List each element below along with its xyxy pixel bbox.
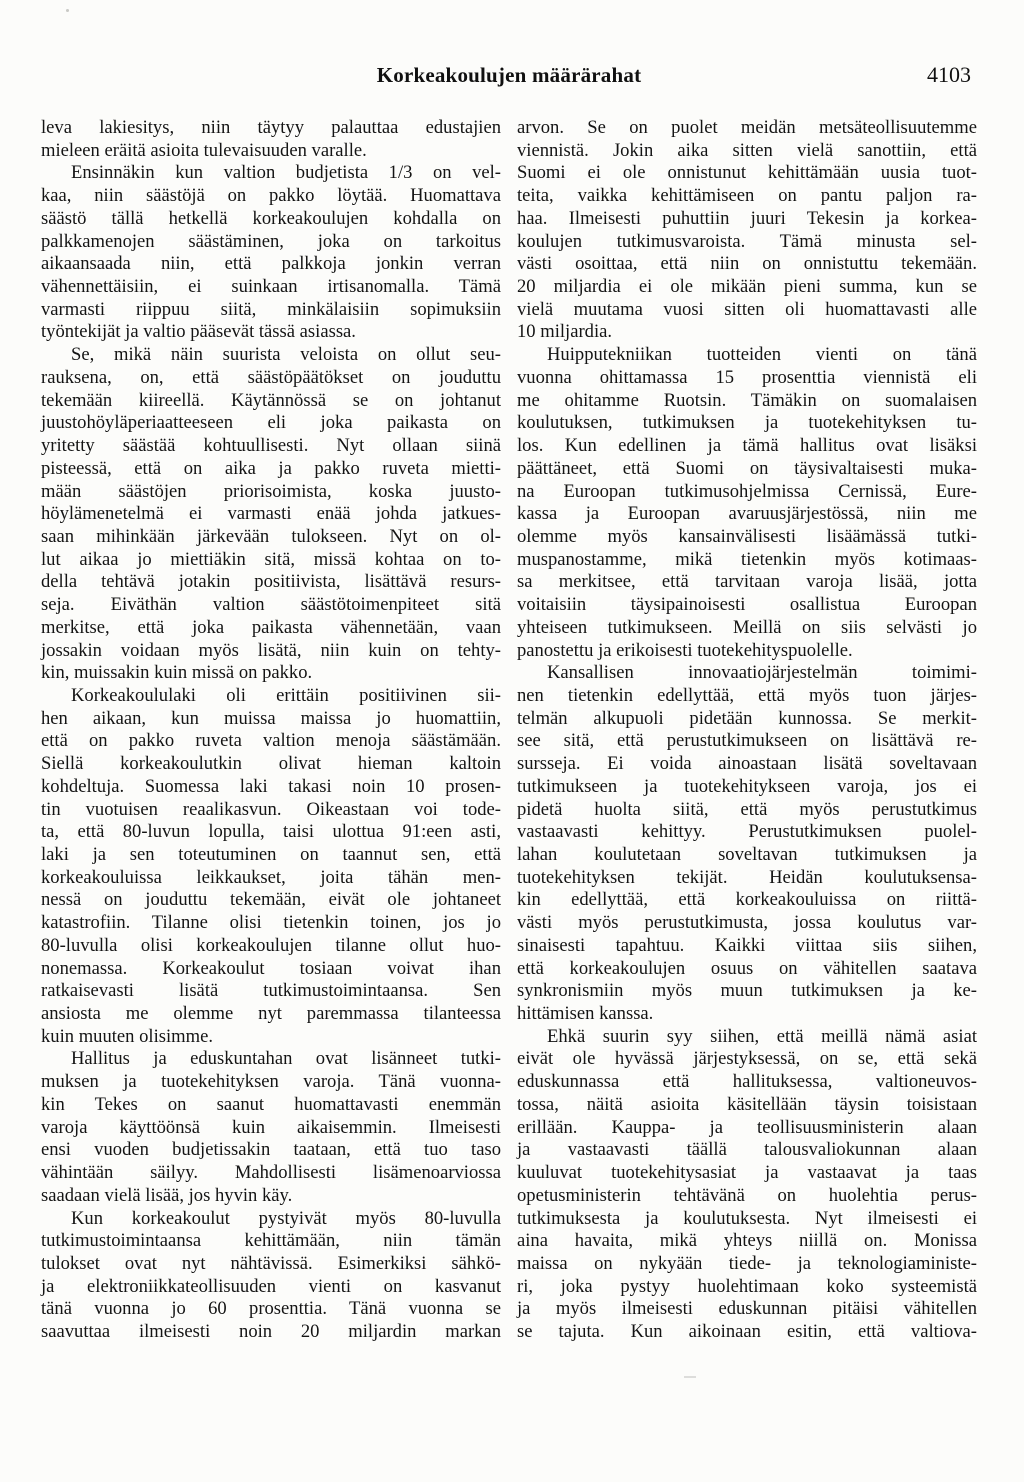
text-line: Huipputekniikan tuotteiden vienti on tän… [517,344,977,367]
text-line: palkkamenojen säästäminen, joka on tarko… [41,231,501,254]
text-line: me ohitamme Ruotsin. Tämäkin on suomalai… [517,390,977,413]
page-header: Korkeakoulujen määrärahat 4103 [41,63,977,91]
text-line: Hallitus ja eduskuntahan ovat lisänneet … [41,1048,501,1071]
text-line: kin Tekes on saanut huomattavasti enemmä… [41,1094,501,1117]
text-line: vähennettäisiin, ei suinkaan irtisanomal… [41,276,501,299]
text-line: että korkeakoulujen osuus on vähitellen … [517,958,977,981]
text-line: Kun korkeakoulut pystyivät myös 80-luvul… [41,1208,501,1231]
text-line: koulutuksen, tutkimuksen ja tuotekehityk… [517,412,977,435]
text-line: 10 miljardia. [517,321,977,344]
text-line: muksen ja tuotekehityksen varoja. Tänä v… [41,1071,501,1094]
text-line: sinaisesti tapahtuu. Kaikki viittaa siis… [517,935,977,958]
text-line: hen aikaan, kun muissa maissa jo huomatt… [41,708,501,731]
text-line: telmän alkupuoli pidetään kunnossa. Se m… [517,708,977,731]
text-line: kin edellyttää, että korkeakouluissa on … [517,889,977,912]
text-line: yritetty säästää kohtuullisesti. Nyt oll… [41,435,501,458]
text-line: säästö tällä hetkellä korkeakoulujen koh… [41,208,501,231]
text-line: tuotekehityksen tekijät. Heidän koulutuk… [517,867,977,890]
text-line: maissa on nykyään tiede- ja teknologiami… [517,1253,977,1276]
text-line: nessä on jouduttu tekemään, eivät ole jo… [41,889,501,912]
text-line: Siellä korkeakoulutkin olivat hieman kal… [41,753,501,776]
text-line: nen tietenkin edellyttää, että myös tuon… [517,685,977,708]
text-line: tin vuotuisen reaalikasvun. Oikeastaan v… [41,799,501,822]
text-line: 20 miljardia ei ole mikään pieni summa, … [517,276,977,299]
text-line: saan mihinkään järkevään tulokseen. Nyt … [41,526,501,549]
text-line: teita, vaikka kehittämiseen on pantu pal… [517,185,977,208]
text-line: muspanostamme, mikä tietenkin myös kotim… [517,549,977,572]
text-line: Ehkä suurin syy siihen, että meillä nämä… [517,1026,977,1049]
text-line: kaa, niin säästöjä on pakko löytää. Huom… [41,185,501,208]
text-line: na Euroopan tutkimusohjelmissa Cernissä,… [517,481,977,504]
text-line: että on pakko ruveta valtion menoja sääs… [41,730,501,753]
text-line: tutkimukseen ja tuotekehitykseen varoja,… [517,776,977,799]
text-line: merkitse, että joka paikasta vähennetään… [41,617,501,640]
text-line: ensi vuoden budjetissakin taataan, että … [41,1139,501,1162]
text-line: tekemään kiireellä. Käytännössä se on jo… [41,390,501,413]
text-line: korkeakouluissa leikkaukset, joita tähän… [41,867,501,890]
text-line: mieleen eräitä asioita tulevaisuuden var… [41,140,501,163]
text-line: Kansallisen innovaatiojärjestelmän toimi… [517,662,977,685]
text-line: Ensinnäkin kun valtion budjetista 1/3 on… [41,162,501,185]
document-page: Korkeakoulujen määrärahat 4103 leva laki… [0,0,1024,1482]
text-line: kuuluvat tuotekehitysasiat ja vastaavat … [517,1162,977,1185]
scan-speck-icon [66,9,69,12]
text-line: kin, muissakin kuin missä on pakko. [41,662,501,685]
text-line: mään säästöjen priorisoimista, koska juu… [41,481,501,504]
text-line: saavuttaa ilmeisesti noin 20 miljardin m… [41,1321,501,1344]
text-line: varoja käyttöönsä kuin aikaisemmin. Ilme… [41,1117,501,1140]
text-line: ja myös ilmeisesti eduskunnan pitäisi vä… [517,1298,977,1321]
text-line: se tajuta. Kun aikoinaan esitin, että va… [517,1321,977,1344]
text-line: erillään. Kauppa- ja teollisuusministeri… [517,1117,977,1140]
text-line: Se, mikä näin suurista veloista on ollut… [41,344,501,367]
text-line: ri, joka pystyy huolehtimaan koko systee… [517,1276,977,1299]
text-line: päättäneet, että Suomi on täysivaltaises… [517,458,977,481]
text-line: ta, että 80-luvun lopulla, taisi ulottua… [41,821,501,844]
text-line: työntekijät ja valtio pääsevät tässä asi… [41,321,501,344]
text-line: olemme myös kansainvälisesti lisäämässä … [517,526,977,549]
text-line: seja. Eiväthän valtion säästötoimenpitee… [41,594,501,617]
text-line: viennistä. Jokin aika sitten vielä sanot… [517,140,977,163]
text-line: leva lakiesitys, niin täytyy palauttaa e… [41,117,501,140]
text-line: ansiosta me olemme nyt paremmassa tilant… [41,1003,501,1026]
text-line: haa. Ilmeisesti puhuttiin juuri Tekesin … [517,208,977,231]
text-line: eivät ole hyvässä järjestyksessä, on se,… [517,1048,977,1071]
text-line: kohdeltuja. Suomessa laki takasi noin 10… [41,776,501,799]
text-line: kassa ja Euroopan avaruusjärjestössä, ni… [517,503,977,526]
text-line: höylämenetelmä ei varmasti enää johda ja… [41,503,501,526]
text-line: saadaan vielä lisää, jos hyvin käy. [41,1185,501,1208]
text-line: panostettu ja erikoisesti tuotekehityspu… [517,640,977,663]
text-line: lut aikaa jo miettiäkin sitä, missä koht… [41,549,501,572]
text-line: nonemassa. Korkeakoulut tosiaan voivat i… [41,958,501,981]
text-line: synkronismiin myös muun tutkimuksen ja k… [517,980,977,1003]
text-line: koulujen tutkimusvaroista. Tämä minusta … [517,231,977,254]
text-line: tutkimustoimintaansa kehittämään, niin t… [41,1230,501,1253]
text-line: aikaansaada niin, että palkkoja jonkin v… [41,253,501,276]
text-line: jossakin voidaan myös lisätä, niin kuin … [41,640,501,663]
text-line: arvon. Se on puolet meidän metsäteollisu… [517,117,977,140]
text-line: eduskunnassa että hallituksessa, valtion… [517,1071,977,1094]
text-line: ratkaisevasti lisätä tutkimustoimintaans… [41,980,501,1003]
text-line: pidetä huolta siitä, että myös perustutk… [517,799,977,822]
text-columns: leva lakiesitys, niin täytyy palauttaa e… [41,117,977,1344]
text-line: see sitä, että perustutkimukseen on lisä… [517,730,977,753]
page-title: Korkeakoulujen määrärahat [41,63,977,88]
text-line: lahan koulutetaan soveltavan tutkimuksen… [517,844,977,867]
text-line: tutkimuksesta ja koulutuksesta. Nyt ilme… [517,1208,977,1231]
text-line: västi myös perustutkimusta, jossa koulut… [517,912,977,935]
text-line: katastrofiin. Tilanne olisi tietenkin to… [41,912,501,935]
text-line: aina havaita, mikä yhteys niillä on. Mon… [517,1230,977,1253]
text-line: tulokset ovat nyt nähtävissä. Esimerkiks… [41,1253,501,1276]
text-line: vuonna ohittamassa 15 prosenttia viennis… [517,367,977,390]
text-line: voitaisiin täysipainoisesti osallistua E… [517,594,977,617]
text-line: sa merkitsee, että tarvitaan varoja lisä… [517,571,977,594]
text-line: pisteessä, että on aika ja pakko ruveta … [41,458,501,481]
text-line: tänä vuonna jo 60 prosenttia. Tänä vuonn… [41,1298,501,1321]
text-line: yhteiseen tutkimukseen. Meillä on siis s… [517,617,977,640]
text-line: juustohöyläperiaatteeseen eli joka paika… [41,412,501,435]
text-line: hittämisen kanssa. [517,1003,977,1026]
scan-mark-icon [684,1376,696,1378]
text-line: opetusministerin tehtävänä on huolehtia … [517,1185,977,1208]
text-line: ja vastaavasti täällä talousvaliokunnan … [517,1139,977,1162]
text-line: varmasti riippuu siitä, minkälaisiin sop… [41,299,501,322]
text-line: vastaavasti kehittyy. Perustutkimuksen p… [517,821,977,844]
page-number: 4103 [927,62,971,88]
text-line: tossa, näitä asioita käsitellään täysin … [517,1094,977,1117]
text-line: Suomi ei ole onnistunut kehittämään uusi… [517,162,977,185]
text-line: sursseja. Ei voida ainoastaan lisätä sov… [517,753,977,776]
column-left: leva lakiesitys, niin täytyy palauttaa e… [41,117,501,1344]
text-line: vielä muutama vuosi sitten oli huomattav… [517,299,977,322]
text-line: ja elektroniikkateollisuuden vienti on k… [41,1276,501,1299]
text-line: Korkeakoululaki oli erittäin positiivine… [41,685,501,708]
text-line: della tehtävä jotakin positiivista, lisä… [41,571,501,594]
text-line: 80-luvulla olisi korkeakoulujen tilanne … [41,935,501,958]
text-line: vähintään säilyy. Mahdollisesti lisämeno… [41,1162,501,1185]
column-right: arvon. Se on puolet meidän metsäteollisu… [517,117,977,1344]
text-line: rauksena, on, että säästöpäätökset on jo… [41,367,501,390]
text-line: los. Kun edellinen ja tämä hallitus ovat… [517,435,977,458]
text-line: kuin muuten olisimme. [41,1026,501,1049]
text-line: laki ja sen toteutuminen on taannut sen,… [41,844,501,867]
text-line: västi osoittaa, että niin on onnistuttu … [517,253,977,276]
